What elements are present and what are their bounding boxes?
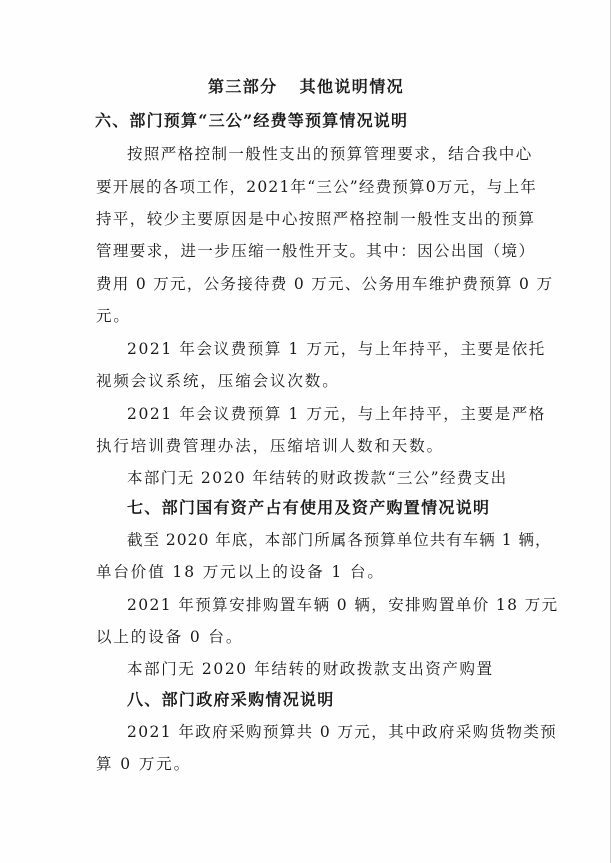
part-title: 第三部分其他说明情况 [0, 77, 612, 97]
paragraph-line: 2021 年政府采购预算共 0 万元，其中政府采购货物类预 [127, 722, 557, 742]
paragraph-line: 本部门无 2020 年结转的财政拨款支出资产购置 [127, 659, 494, 679]
part-title-text: 其他说明情况 [300, 77, 404, 96]
paragraph-line: 管理要求，进一步压缩一般性开支。其中：因公出国（境） [96, 241, 535, 261]
paragraph-line: 本部门无 2020 年结转的财政拨款“三公”经费支出 [127, 468, 508, 488]
section-heading-6: 六、部门预算“三公”经费等预算情况说明 [95, 111, 408, 131]
paragraph-line: 费用 0 万元，公务接待费 0 万元、公务用车维护费预算 0 万 [96, 274, 553, 294]
section-heading-7: 七、部门国有资产占有使用及资产购置情况说明 [127, 498, 490, 518]
paragraph-line: 按照严格控制一般性支出的预算管理要求，结合我中心 [127, 144, 533, 164]
paragraph-line: 2021 年预算安排购置车辆 0 辆，安排购置单价 18 万元 [127, 595, 559, 615]
paragraph-line: 持平，较少主要原因是中心按照严格控制一般性支出的预算 [96, 209, 535, 229]
paragraph-line: 2021 年会议费预算 1 万元，与上年持平，主要是严格 [127, 404, 546, 424]
paragraph-line: 截至 2020 年底，本部门所属各预算单位共有车辆 1 辆， [127, 530, 552, 550]
paragraph-line: 视频会议系统，压缩会议次数。 [96, 371, 340, 391]
part-title-number: 第三部分 [208, 77, 278, 96]
paragraph-line: 要开展的各项工作，2021年“三公”经费预算0万元，与上年 [96, 177, 537, 197]
paragraph-line: 以上的设备 0 台。 [96, 627, 243, 647]
paragraph-line: 单台价值 18 万元以上的设备 1 台。 [96, 562, 385, 582]
paragraph-line: 元。 [96, 306, 131, 326]
page-edge-line [610, 0, 611, 863]
section-heading-8: 八、部门政府采购情况说明 [127, 690, 335, 710]
paragraph-line: 算 0 万元。 [96, 754, 191, 774]
paragraph-line: 2021 年会议费预算 1 万元，与上年持平，主要是依托 [127, 339, 546, 359]
paragraph-line: 执行培训费管理办法，压缩培训人数和天数。 [96, 436, 444, 456]
